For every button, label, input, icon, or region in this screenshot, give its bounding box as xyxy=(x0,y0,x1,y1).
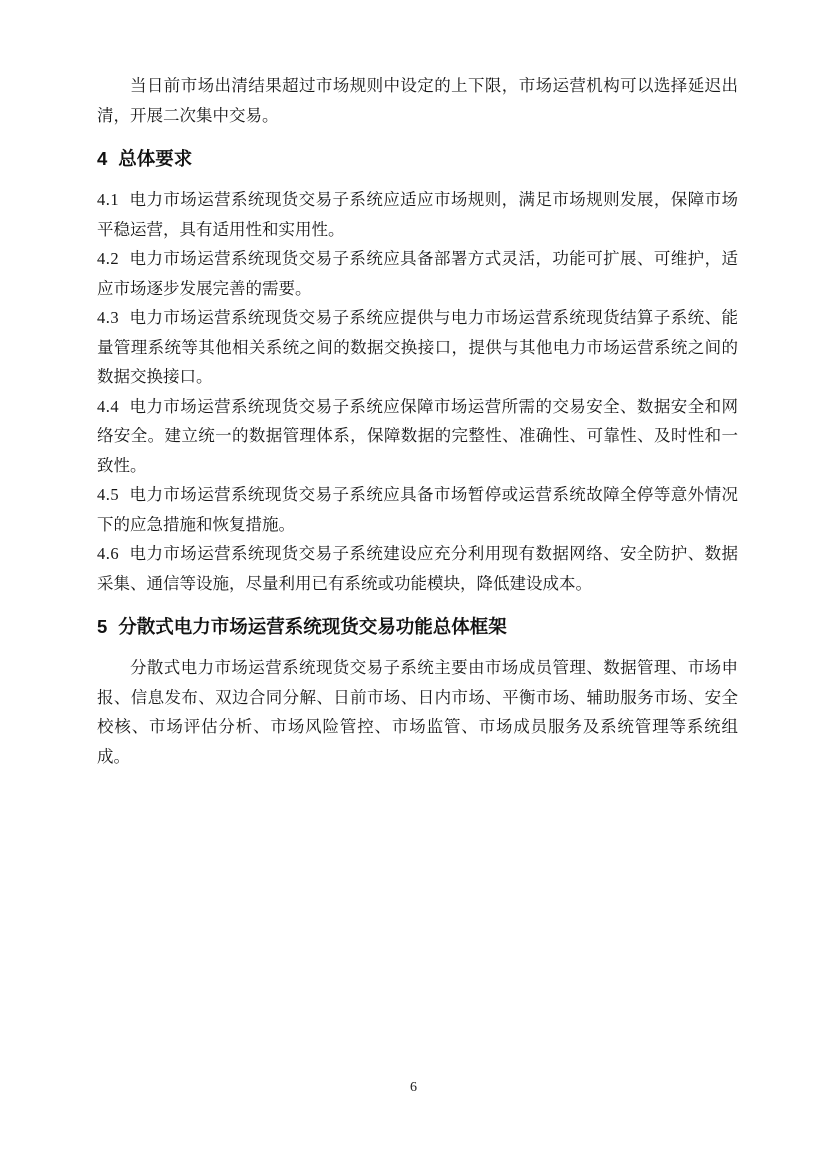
section-4-heading-title: 总体要求 xyxy=(118,148,192,169)
section-4-heading-number: 4 xyxy=(97,146,107,172)
clause-4-5-text: 电力市场运营系统现货交易子系统应具备市场暂停或运营系统故障全停等意外情况下的应急… xyxy=(97,485,738,534)
clause-4-6: 4.6电力市场运营系统现货交易子系统建设应充分利用现有数据网络、安全防护、数据采… xyxy=(97,539,738,598)
section-5-heading-title: 分散式电力市场运营系统现货交易功能总体框架 xyxy=(118,616,507,637)
section-5-paragraph: 分散式电力市场运营系统现货交易子系统主要由市场成员管理、数据管理、市场申报、信息… xyxy=(97,653,738,771)
clause-4-4-number: 4.4 xyxy=(97,392,119,422)
clause-4-4: 4.4电力市场运营系统现货交易子系统应保障市场运营所需的交易安全、数据安全和网络… xyxy=(97,392,738,481)
intro-paragraph: 当日前市场出清结果超过市场规则中设定的上下限，市场运营机构可以选择延迟出清，开展… xyxy=(97,71,738,130)
clause-4-3-number: 4.3 xyxy=(97,303,119,333)
clause-4-6-number: 4.6 xyxy=(97,539,119,569)
section-4-heading: 4总体要求 xyxy=(97,146,738,172)
clause-4-1-text: 电力市场运营系统现货交易子系统应适应市场规则，满足市场规则发展，保障市场平稳运营… xyxy=(97,190,738,239)
clause-4-6-text: 电力市场运营系统现货交易子系统建设应充分利用现有数据网络、安全防护、数据采集、通… xyxy=(97,544,738,593)
page-number: 6 xyxy=(0,1080,827,1096)
clause-4-2: 4.2电力市场运营系统现货交易子系统应具备部署方式灵活，功能可扩展、可维护，适应… xyxy=(97,244,738,303)
clause-4-2-text: 电力市场运营系统现货交易子系统应具备部署方式灵活，功能可扩展、可维护，适应市场逐… xyxy=(97,249,738,298)
clause-4-3-text: 电力市场运营系统现货交易子系统应提供与电力市场运营系统现货结算子系统、能量管理系… xyxy=(97,308,738,386)
clause-4-1-number: 4.1 xyxy=(97,185,119,215)
document-content: 当日前市场出清结果超过市场规则中设定的上下限，市场运营机构可以选择延迟出清，开展… xyxy=(97,71,738,771)
clause-4-5: 4.5电力市场运营系统现货交易子系统应具备市场暂停或运营系统故障全停等意外情况下… xyxy=(97,480,738,539)
clause-4-1: 4.1电力市场运营系统现货交易子系统应适应市场规则，满足市场规则发展，保障市场平… xyxy=(97,185,738,244)
clause-4-2-number: 4.2 xyxy=(97,244,119,274)
clause-4-3: 4.3电力市场运营系统现货交易子系统应提供与电力市场运营系统现货结算子系统、能量… xyxy=(97,303,738,392)
document-page: 当日前市场出清结果超过市场规则中设定的上下限，市场运营机构可以选择延迟出清，开展… xyxy=(0,0,827,1169)
section-5-heading: 5分散式电力市场运营系统现货交易功能总体框架 xyxy=(97,614,738,640)
section-5-heading-number: 5 xyxy=(97,614,107,640)
clause-4-5-number: 4.5 xyxy=(97,480,119,510)
clause-4-4-text: 电力市场运营系统现货交易子系统应保障市场运营所需的交易安全、数据安全和网络安全。… xyxy=(97,397,738,475)
